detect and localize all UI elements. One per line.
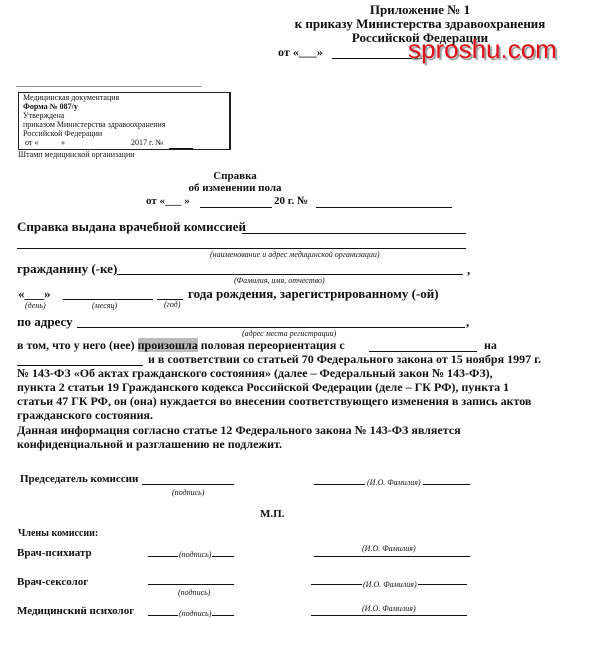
paragraph-line-5: статьи 47 ГК РФ, он (она) нуждается во в… — [17, 394, 531, 409]
stamp-line-3: Утверждена — [23, 111, 64, 120]
stamp-line-4: приказом Министерства здравоохранения — [23, 120, 166, 129]
address-comma: , — [466, 314, 469, 330]
member-signature-caption: (подпись) — [178, 588, 210, 597]
form-stamp-box: Медицинская документация Форма № 087/у У… — [18, 92, 231, 150]
title-date-prefix: от «___ » — [146, 195, 190, 207]
citizen-name-field[interactable] — [117, 274, 463, 275]
member-name-field[interactable] — [314, 556, 470, 557]
paragraph-line-2: и в соответствии со статьей 70 Федеральн… — [148, 352, 541, 367]
issued-by-label: Справка выдана врачебной комиссией — [17, 219, 246, 235]
chairman-name-caption: (И.О. Фамилия) — [365, 478, 423, 487]
doc-subtitle: об изменении пола — [170, 182, 300, 194]
member-signature-caption: (подпись) — [178, 550, 212, 559]
members-title: Члены комиссии: — [18, 528, 98, 539]
paragraph-line-1: в том, что у него (нее) произошла полова… — [17, 338, 345, 353]
paragraph-line-3: № 143-ФЗ «Об актах гражданского состояни… — [17, 366, 493, 381]
para-na: на — [484, 338, 497, 353]
chairman-signature-caption: (подпись) — [172, 488, 204, 497]
month-caption: (месяц) — [92, 301, 117, 310]
paragraph-line-7: Данная информация согласно статье 12 Фед… — [17, 423, 461, 438]
member-signature-caption: (подпись) — [178, 609, 212, 618]
member-signature-field[interactable] — [148, 584, 234, 585]
para-text-a: в том, что у него (нее) — [17, 338, 135, 352]
day-caption: (день) — [25, 301, 46, 310]
birth-month-field[interactable] — [63, 299, 153, 300]
seal-label: М.П. — [260, 508, 284, 520]
para-text-b: половая переориентация с — [201, 338, 345, 352]
watermark: sproshu.com — [408, 34, 557, 65]
birth-text: года рождения, зарегистрированному (-ой) — [188, 286, 439, 302]
member-role: Врач-психиатр — [17, 547, 92, 559]
stamp-date-mid: » — [61, 138, 65, 147]
stamp-form-number: Форма № 087/у — [23, 102, 78, 111]
paragraph-line-6: гражданского состояния. — [17, 408, 153, 423]
title-date-month-field[interactable] — [200, 207, 272, 208]
year-caption: (год) — [164, 300, 180, 309]
member-name-caption: (И.О. Фамилия) — [362, 580, 418, 589]
stamp-date-prefix: от « — [25, 138, 38, 147]
title-date-year: 20 г. № — [274, 195, 308, 207]
stamp-line-5: Российской Федерации — [23, 129, 102, 138]
stamp-caption: Штамп медицинской организации — [18, 150, 135, 159]
paragraph-line-8: конфиденциальной и разглашению не подлеж… — [17, 437, 282, 452]
issued-by-field-2[interactable] — [17, 248, 466, 249]
fio-caption: (Фамилия, имя, отчество) — [234, 276, 325, 285]
highlighted-word: произошла — [138, 338, 198, 352]
birth-day-field[interactable]: «___» — [18, 286, 51, 302]
member-name-caption: (И.О. Фамилия) — [362, 604, 416, 613]
address-caption: (адрес места регистрации) — [242, 329, 336, 338]
issued-by-field[interactable] — [242, 233, 466, 234]
member-name-field[interactable] — [311, 615, 467, 616]
org-caption: (наименование и адрес медицинской органи… — [210, 250, 380, 259]
title-number-field[interactable] — [316, 207, 452, 208]
stamp-number-field — [169, 148, 193, 149]
top-divider — [16, 86, 202, 87]
member-name-caption: (И.О. Фамилия) — [362, 544, 416, 553]
member-role: Врач-сексолог — [17, 576, 88, 588]
chairman-label: Председатель комиссии — [20, 473, 138, 485]
citizen-label: гражданину (-ке) — [17, 261, 117, 277]
member-role: Медицинский психолог — [17, 605, 134, 617]
paragraph-line-4: пункта 2 статьи 19 Гражданского кодекса … — [17, 380, 509, 395]
chairman-signature-field[interactable] — [142, 484, 234, 485]
stamp-date-year: 2017 г. № — [131, 138, 163, 147]
doc-title: Справка — [200, 170, 270, 182]
citizen-comma: , — [467, 262, 470, 278]
address-label: по адресу — [17, 314, 73, 330]
address-field[interactable] — [77, 327, 465, 328]
stamp-line-1: Медицинская документация — [23, 93, 119, 102]
header-date-prefix: от «___» — [278, 45, 323, 60]
